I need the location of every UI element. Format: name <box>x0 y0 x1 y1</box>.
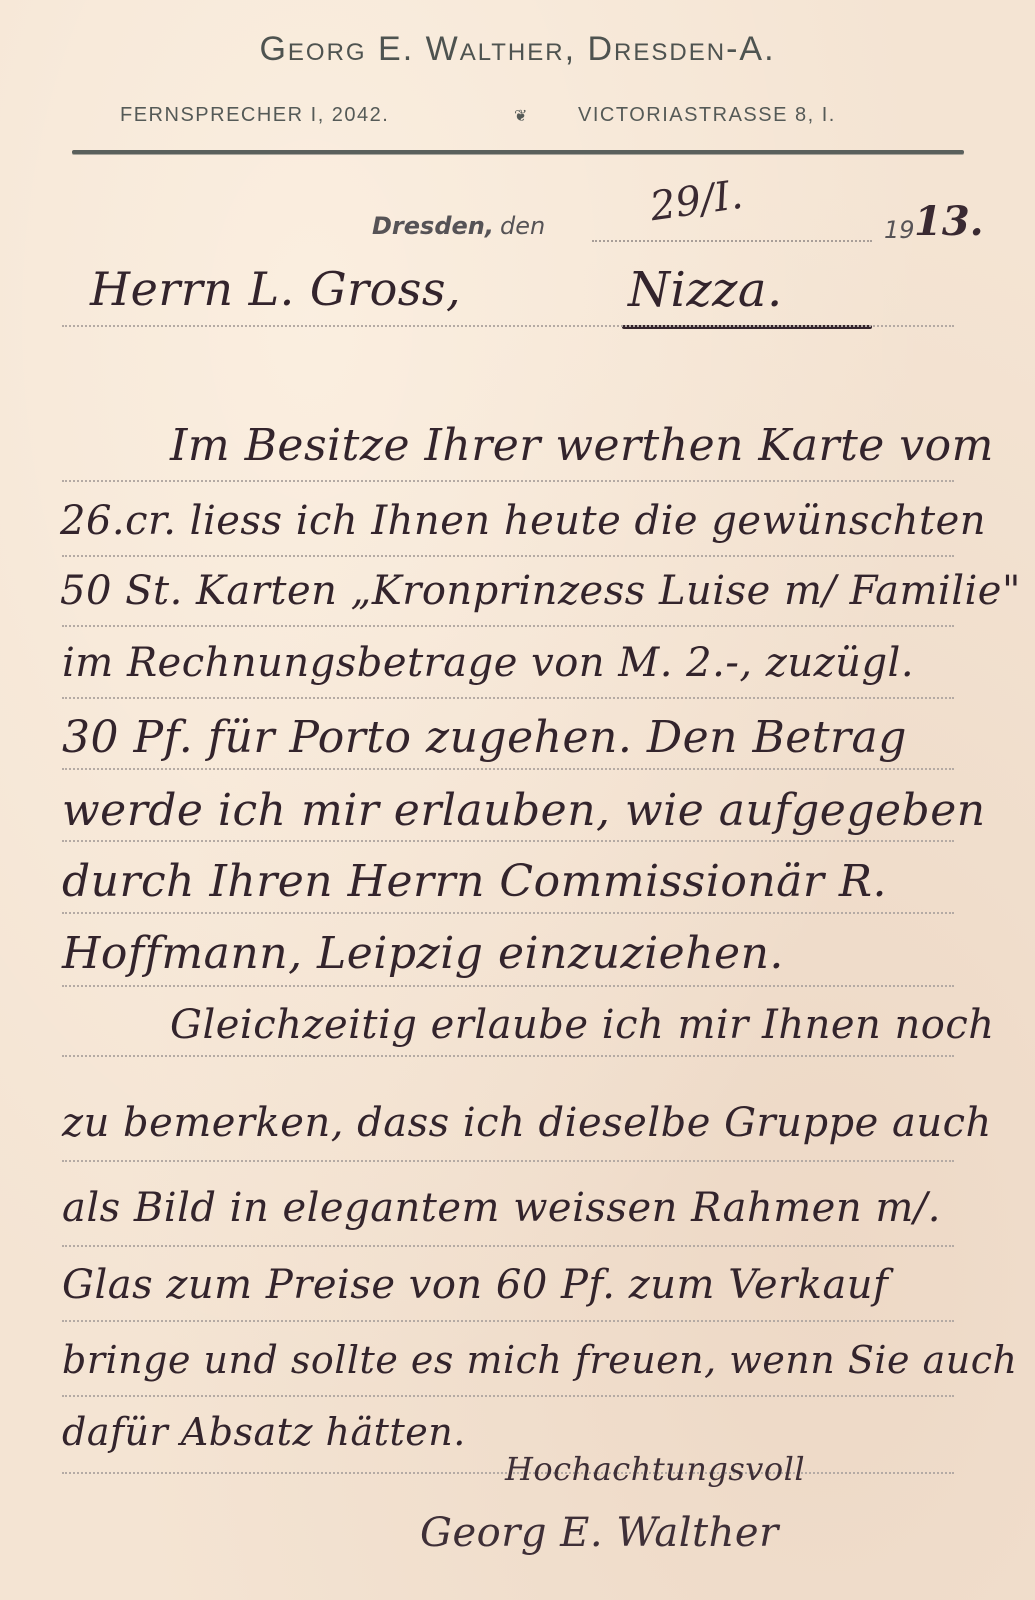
body-line: als Bild in elegantem weissen Rahmen m/. <box>62 1185 941 1231</box>
dateline-city: Dresden, <box>372 212 494 240</box>
year-prefix: 19 <box>884 216 915 244</box>
ruled-line <box>62 480 954 482</box>
ruled-line <box>62 985 954 987</box>
body-line: 30 Pf. für Porto zugehen. Den Betrag <box>62 712 907 763</box>
closing-phrase: Hochachtungsvoll <box>505 1450 805 1488</box>
body-line: durch Ihren Herrn Commissionär R. <box>62 856 887 907</box>
signature: Georg E. Walther <box>420 1510 779 1556</box>
date-dotted-line <box>592 240 872 242</box>
ruled-line <box>62 625 954 627</box>
body-line: im Rechnungsbetrage von M. 2.-, zuzügl. <box>62 640 914 686</box>
body-line: 26.cr. liess ich Ihnen heute die gewünsc… <box>60 498 986 544</box>
body-line: zu bemerken, dass ich dieselbe Gruppe au… <box>62 1100 992 1146</box>
body-line: Gleichzeitig erlaube ich mir Ihnen noch <box>170 1002 995 1048</box>
body-line: Hoffmann, Leipzig einzuziehen. <box>62 928 784 979</box>
ruled-line <box>62 1055 954 1057</box>
letterhead-title: Georg E. Walther, Dresden-A. <box>0 30 1035 69</box>
ruled-line <box>62 1395 954 1397</box>
ruled-line <box>62 1245 954 1247</box>
body-line: Im Besitze Ihrer werthen Karte vom <box>170 420 994 471</box>
ruled-line <box>62 1320 954 1322</box>
ornament-icon: ❦ <box>514 106 529 126</box>
recipient-place: Nizza. <box>628 262 783 318</box>
ruled-line <box>62 325 954 327</box>
ruled-line <box>62 912 954 914</box>
letterhead-rule <box>72 150 964 154</box>
ruled-line <box>62 555 954 557</box>
dateline-den: den <box>500 212 545 240</box>
handwritten-year: 13. <box>914 198 984 245</box>
ruled-line <box>62 697 954 699</box>
body-line: werde ich mir erlauben, wie aufgegeben <box>62 785 986 836</box>
body-line: 50 St. Karten „Kronprinzess Luise m/ Fam… <box>60 568 1021 614</box>
body-line: Glas zum Preise von 60 Pf. zum Verkauf <box>62 1262 888 1308</box>
handwritten-date: 29/I. <box>647 172 745 230</box>
body-line: bringe und sollte es mich freuen, wenn S… <box>62 1338 1017 1382</box>
ruled-line <box>62 840 954 842</box>
phone-number: FERNSPRECHER I, 2042. <box>120 104 389 127</box>
ruled-line <box>62 1160 954 1162</box>
street-address: VICTORIASTRASSE 8, I. <box>578 104 836 127</box>
recipient-name: Herrn L. Gross, <box>90 262 461 316</box>
body-line: dafür Absatz hätten. <box>62 1410 466 1454</box>
ruled-line <box>62 768 954 770</box>
